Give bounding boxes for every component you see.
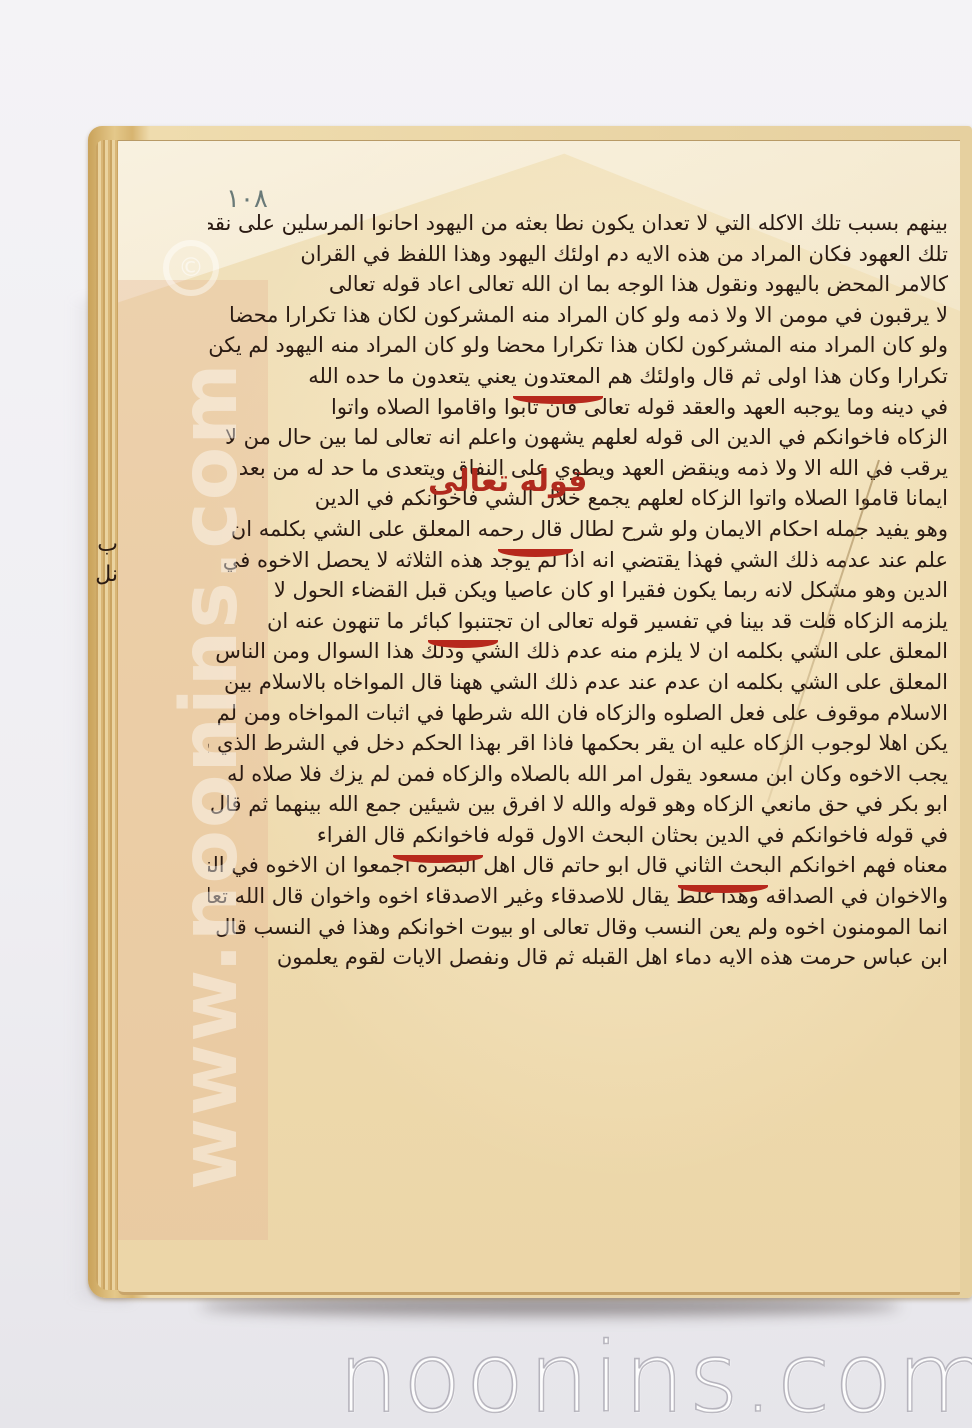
manuscript-line: يلزمه الزكاه قلت قد بينا في تفسير قوله ت… <box>208 606 948 637</box>
manuscript-line: يجب الاخوه وكان ابن مسعود يقول امر الله … <box>208 759 948 790</box>
book-bottom-shadow <box>200 1296 900 1316</box>
manuscript-line: كالامر المحض باليهود ونقول هذا الوجه بما… <box>208 269 948 300</box>
manuscript-line: تكرارا وكان هذا اولى ثم قال واولئك هم ال… <box>208 361 948 392</box>
manuscript-line: لا يرقبون في مومن الا ولا ذمه ولو كان ال… <box>208 300 948 331</box>
manuscript-line: ابو بكر في حق مانعي الزكاه وهو قوله والل… <box>208 789 948 820</box>
manuscript-line: الزكاه فاخوانكم في الدين الى قوله لعلهم … <box>208 422 948 453</box>
manuscript-line: معناه فهم اخوانكم البحث الثاني قال ابو ح… <box>208 850 948 881</box>
bottom-watermark: noonins.com <box>338 1322 972 1428</box>
manuscript-line: بينهم بسبب تلك الاكله التي لا تعدان يكون… <box>208 208 948 239</box>
vertical-watermark: www.noonins.com <box>165 362 255 1190</box>
manuscript-line: يكن اهلا لوجوب الزكاه عليه ان يقر بحكمها… <box>208 728 948 759</box>
manuscript-line: المعلق على الشي بكلمه ان عدم عند عدم ذلك… <box>208 667 948 698</box>
manuscript-line: الاسلام موقوف على فعل الصلوه والزكاه فان… <box>208 698 948 729</box>
manuscript-line: تلك العهود فكان المراد من هذه الايه دم ا… <box>208 239 948 270</box>
rubric-heading: قوله تعالى <box>428 464 587 499</box>
manuscript-line: انما المومنون اخوه ولم يعن النسب وقال تع… <box>208 912 948 943</box>
manuscript-line: والاخوان في الصداقه وهذا غلط يقال للاصدق… <box>208 881 948 912</box>
copyright-icon: © <box>163 240 219 296</box>
margin-note: ب نل <box>104 530 118 590</box>
manuscript-line: المعلق على الشي بكلمه ان لا يلزم منه عدم… <box>208 636 948 667</box>
manuscript-line: علم عند عدمه ذلك الشي فهذا يقتضي انه اذا… <box>208 545 948 576</box>
manuscript-line: في قوله فاخوانكم في الدين بحثان البحث ال… <box>208 820 948 851</box>
manuscript-line: ابن عباس حرمت هذه الايه دماء اهل القبله … <box>208 942 948 973</box>
manuscript-line: وهو يفيد جمله احكام الايمان ولو شرح لطال… <box>208 514 948 545</box>
manuscript-line: ولو كان المراد منه المشركون لكان هذا تكر… <box>208 330 948 361</box>
